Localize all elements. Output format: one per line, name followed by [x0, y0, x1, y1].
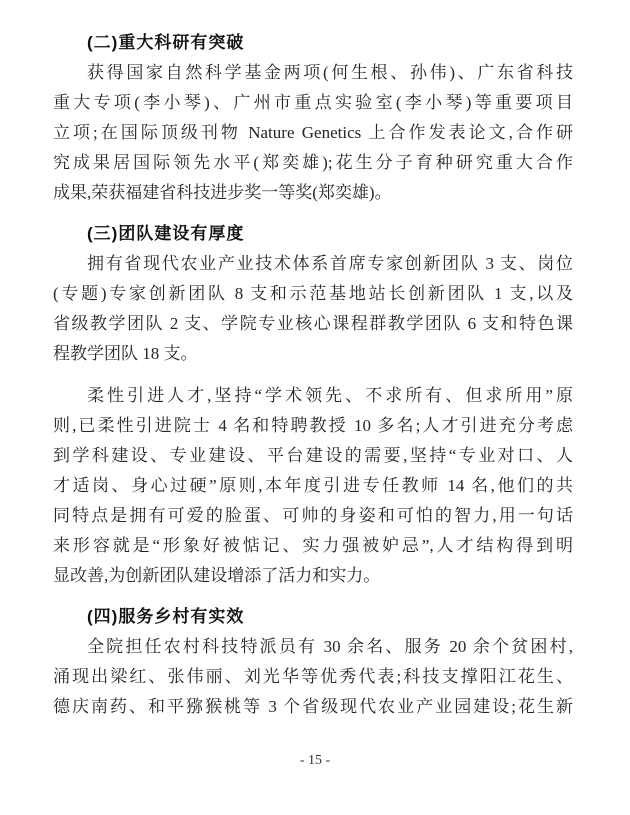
text-line: 德庆南药、和平猕猴桃等 3 个省级现代农业产业园建设;花生新	[53, 692, 573, 722]
text-line: 拥有省现代农业产业技术体系首席专家创新团队 3 支、岗位	[53, 249, 573, 279]
text-line: 重大专项(李小琴)、广州市重点实验室(李小琴)等重要项目	[53, 88, 573, 118]
text-line: 到学科建设、专业建设、平台建设的需要,坚持“专业对口、人	[53, 441, 573, 471]
text-line: 省级教学团队 2 支、学院专业核心课程群教学团队 6 支和特色课	[53, 309, 573, 339]
text-line: 全院担任农村科技特派员有 30 余名、服务 20 余个贫困村,	[53, 632, 573, 662]
text-line: 柔性引进人才,坚持“学术领先、不求所有、但求所用”原	[53, 381, 573, 411]
paragraph-research: 获得国家自然科学基金两项(何生根、孙伟)、广东省科技 重大专项(李小琴)、广州市…	[53, 58, 573, 208]
text-line: 则,已柔性引进院士 4 名和特聘教授 10 多名;人才引进充分考虑	[53, 411, 573, 441]
text-line: 立项;在国际顶级刊物 Nature Genetics 上合作发表论文,合作研	[53, 118, 573, 148]
text-line: 成果,荣获福建省科技进步奖一等奖(郑奕雄)。	[53, 178, 573, 208]
text-line: 来形容就是“形象好被惦记、实力强被妒忌”,人才结构得到明	[53, 531, 573, 561]
section-heading-major-research: (二)重大科研有突破	[53, 28, 573, 58]
document-page: (二)重大科研有突破 获得国家自然科学基金两项(何生根、孙伟)、广东省科技 重大…	[0, 0, 630, 815]
page-number: - 15 -	[0, 753, 630, 769]
text-line: 同特点是拥有可爱的脸蛋、可帅的身姿和可怕的智力,用一句话	[53, 501, 573, 531]
text-line: 程教学团队 18 支。	[53, 339, 573, 369]
paragraph-teams: 拥有省现代农业产业技术体系首席专家创新团队 3 支、岗位 (专题)专家创新团队 …	[53, 249, 573, 369]
text-line: 才适岗、身心过硬”原则,本年度引进专任教师 14 名,他们的共	[53, 471, 573, 501]
section-heading-team-building: (三)团队建设有厚度	[53, 219, 573, 249]
text-line: 显改善,为创新团队建设增添了活力和实力。	[53, 561, 573, 591]
section-heading-rural-service: (四)服务乡村有实效	[53, 602, 573, 632]
text-line: 涌现出梁红、张伟丽、刘光华等优秀代表;科技支撑阳江花生、	[53, 662, 573, 692]
text-line: 究成果居国际领先水平(郑奕雄);花生分子育种研究重大合作	[53, 148, 573, 178]
paragraph-talent-recruitment: 柔性引进人才,坚持“学术领先、不求所有、但求所用”原 则,已柔性引进院士 4 名…	[53, 381, 573, 591]
text-line: (专题)专家创新团队 8 支和示范基地站长创新团队 1 支,以及	[53, 279, 573, 309]
paragraph-rural-service: 全院担任农村科技特派员有 30 余名、服务 20 余个贫困村, 涌现出梁红、张伟…	[53, 632, 573, 722]
text-line: 获得国家自然科学基金两项(何生根、孙伟)、广东省科技	[53, 58, 573, 88]
